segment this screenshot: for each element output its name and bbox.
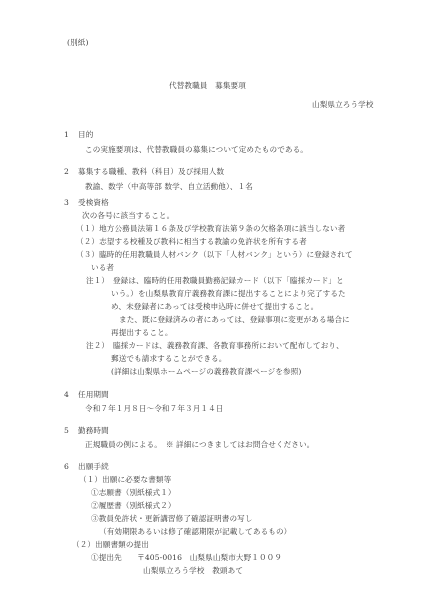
note-1-line-3: め、未登録者にあっては受検申込時に併せて提出すること。 <box>111 302 318 312</box>
section-4-text: 令和７年１月８日～令和７年３月１４日 <box>85 404 224 414</box>
note-1-line-4: また、既に登録済みの者にあっては、登録事項に変更がある場合に <box>119 315 350 325</box>
section-3-number: 3 <box>64 198 69 208</box>
attachment-label: (別紙) <box>67 38 89 48</box>
section-1-heading: 目的 <box>78 130 93 140</box>
note-2-line-2: 郵送でも請求することができる。 <box>111 354 226 364</box>
section-6-heading: 出願手続 <box>78 462 109 472</box>
section-6-doc-3-note: （有効期限あるいは修了確認期限が記載してあるもの） <box>99 527 291 537</box>
document-page: (別紙) 代替教職員 募集要項 山梨県立ろう学校 1 目的 この実施要項は、代替… <box>0 0 424 600</box>
section-3-item-1: （１）地方公務員法第１６条及び学校教育法第９条の欠格条項に該当しない者 <box>76 224 345 234</box>
section-2-heading: 募集する職種、教科（科目）及び採用人数 <box>78 167 224 177</box>
section-6-number: 6 <box>64 462 69 472</box>
document-title: 代替教職員 募集要項 <box>169 81 246 91</box>
section-3-item-3-cont: いる者 <box>91 263 114 273</box>
note-2-line-3: (詳細は山梨県ホームページの義務教育課ページを参照) <box>111 367 301 377</box>
note-1-line-5: 再提出すること。 <box>111 328 173 338</box>
section-5-heading: 勤務時間 <box>78 426 109 436</box>
note-1-line-1: 注１） 登録は、臨時的任用教職員勤務記録カード（以下「臨採カード」と <box>86 276 344 286</box>
section-3-item-3: （３）臨時的任用教職員人材バンク（以下「人材バンク」という）に登録されて <box>76 250 353 260</box>
submission-recipient: 山梨県立ろう学校 教頭あて <box>143 566 243 576</box>
section-2-text: 教諭、数学（中高等部 数学、自立活動他）、１名 <box>85 182 253 192</box>
note-2-line-1: 注２） 臨採カードは、義務教育課、各教育事務所において配布しており、 <box>86 341 344 351</box>
section-2-number: 2 <box>64 167 69 177</box>
section-6-doc-1: ①志願書（別紙様式１） <box>91 488 176 498</box>
submission-address: ①提出先 〒405-0016 山梨県山梨市大野１００９ <box>91 553 282 563</box>
note-1-line-2: いう。）を山梨県教育庁義務教育課に提出することにより完了するた <box>111 289 346 299</box>
section-6-doc-2: ②履歴書（別紙様式２） <box>91 501 176 511</box>
section-1-text: この実施要項は、代替教職員の募集について定めたものである。 <box>85 145 308 155</box>
section-5-text: 正規職員の例による。 ※ 詳細につきましてはお問合せください。 <box>85 440 314 450</box>
section-3-line: 次の各号に該当すること。 <box>82 211 174 221</box>
section-3-item-2: （２）志望する校種及び教科に相当する教諭の免許状を所有する者 <box>76 237 307 247</box>
section-5-number: 5 <box>64 426 69 436</box>
section-1-number: 1 <box>64 130 69 140</box>
section-6-sub-2: （２）出願書類の提出 <box>72 540 149 550</box>
section-4-heading: 任用期間 <box>78 390 109 400</box>
section-6-sub-1: （１）出願に必要な書類等 <box>79 475 171 485</box>
section-6-doc-3: ③教員免許状・更新講習修了確認証明書の写し <box>91 514 253 524</box>
section-4-number: 4 <box>64 390 69 400</box>
section-3-heading: 受検資格 <box>78 198 109 208</box>
issuer-name: 山梨県立ろう学校 <box>312 100 374 110</box>
